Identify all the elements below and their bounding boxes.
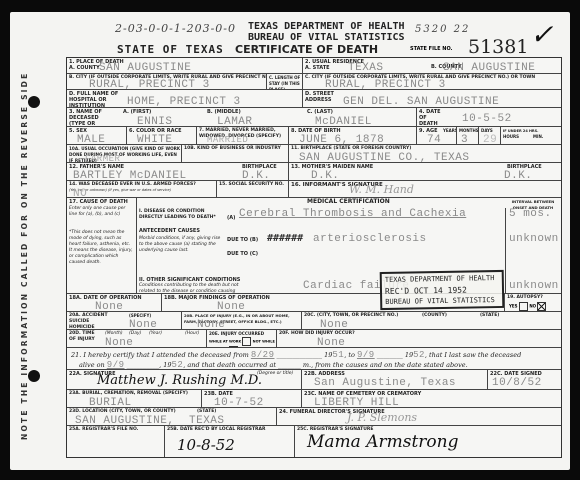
informant-signature-field: 16. INFORMANT'S SIGNATURE W. M. Hand [289,181,561,198]
burial-location-field: 23d. LOCATION (City, town, or county) (S… [67,408,277,426]
handwritten-file-code: 2-03-0-0-1-203-0-0 [115,22,236,35]
how-injury-occurred-field: 20f. HOW DID INJURY OCCUR? None [277,330,561,348]
registrar-file-number-field: 25a. REGISTRAR'S FILE NO. [67,426,165,457]
physician-certification-statement: 21. I hereby certify that I attended the… [67,348,561,370]
marital-status-field: 7. MARRIED, NEVER MARRIED, WIDOWED, DIVO… [197,127,289,145]
date-received-field: 25b. DATE REC'D BY LOCAL REGISTRAR 10-8-… [165,426,295,457]
cause-a: Cerebral Thrombosis and Cachexia [239,208,466,220]
mother-name-field: 13. MOTHER'S MAIDEN NAME D.K. BIRTHPLACE… [289,163,561,181]
punch-hole [28,96,40,108]
handwritten-annotation: 5320 22 [415,24,470,35]
autopsy-field: 19. AUTOPSY? YES NO [505,294,561,312]
county-field: 1. PLACE OF DEATH a. COUNTY SAN AUGUSTIN… [67,58,303,74]
cause-of-death-instructions: 17. CAUSE OF DEATH Enter only one cause … [67,198,137,294]
reverse-side-note: NOTE THE INFORMATION CALLED FOR ON THE R… [20,170,32,440]
under-24-hours-field: IF UNDER 24 HRS. Hours Min. [501,127,561,145]
accident-field: 20a. ACCIDENT SUICIDE HOMICIDE (Specify)… [67,312,182,330]
state-file-label: STATE FILE NO. [410,46,453,52]
birthplace-field: 11. BIRTHPLACE (State or foreign country… [289,145,561,163]
burial-date-field: 23b. DATE 10-7-52 [202,390,302,408]
business-field: 10b. KIND OF BUSINESS OR INDUSTRY [182,145,289,163]
residence-state-county-field: 2. USUAL RESIDENCE a. STATE TEXAS b. COU… [303,58,561,74]
date-signed-field: 22c. DATE SIGNED 10/8/52 [488,370,561,390]
certificate-form: 1. PLACE OF DEATH a. COUNTY SAN AUGUSTIN… [66,57,562,458]
father-name-field: 12. FATHER'S NAME BARTLEY McDANIEL BIRTH… [67,163,289,181]
date-of-birth-field: 8. DATE OF BIRTH JUNE 6, 1878 [289,127,417,145]
dept-line-1: TEXAS DEPARTMENT OF HEALTH [248,21,405,32]
received-stamp: TEXAS DEPARTMENT OF HEALTH REC'D OCT 14 … [380,270,505,310]
autopsy-no-checkbox[interactable] [537,302,546,311]
state-file-number: 51381 [468,36,528,58]
age-years-field: 9. AGE YEARS 74 [417,127,457,145]
occupation-field: 10a. USUAL OCCUPATION (Give kind of work… [67,145,182,163]
hospital-field: d. FULL NAME OF HOSPITAL OR INSTITUTION … [67,90,303,108]
deceased-name-field: 3. NAME OF DECEASED (Type or Print) a. (… [67,108,417,127]
registrar-signature-field: 25c. REGISTRAR'S SIGNATURE Mama Armstron… [295,426,561,457]
interval-b: unknown [509,233,559,245]
date-of-death-field: 4. DATE OF DEATH 10-5-52 [417,108,561,127]
city-field: b. CITY (If outside corporate limits, wr… [67,74,267,90]
interval-other-field: unknown [505,276,561,294]
burial-method-field: 23a. BURIAL, CREMATION, REMOVAL (Specify… [67,390,202,408]
medical-certification-section: MEDICAL CERTIFICATION INTERVAL BETWEEN O… [137,198,561,276]
age-months-field: MONTHS 3 [457,127,479,145]
residence-city-field: c. CITY (If outside corporate limits, wr… [303,74,561,90]
sex-field: 5. SEX MALE [67,127,127,145]
physician-address-field: 22b. ADDRESS San Augustine, Texas [302,370,488,390]
injury-city-field: 20c. (CITY, TOWN, OR PRECINCT NO.) (COUN… [302,312,561,330]
funeral-director-signature-field: 24. FUNERAL DIRECTOR'S SIGNATURE J. P. S… [277,408,561,426]
length-of-stay-field: c. LENGTH OF STAY (in this place) [267,74,303,90]
age-days-field: DAYS 29 [479,127,501,145]
injury-time-field: 20d. TIME OF INJURY (Month) (Day) (Year)… [67,330,207,348]
autopsy-yes-checkbox[interactable] [519,302,528,311]
social-security-field: 15. SOCIAL SECURITY NO. [217,181,289,198]
state-title: STATE OF TEXAS [117,43,224,56]
cause-b: arteriosclerosis [313,233,427,245]
dept-line-2: BUREAU OF VITAL STATISTICS [248,32,405,43]
checkmark-icon: ✓ [530,18,553,51]
operation-date-field: 18a. DATE OF OPERATION None [67,294,162,312]
physician-signature-field: 22a. SIGNATURE (Degree or title) Matthew… [67,370,302,390]
interval-a: 5 mos. [509,208,552,220]
certificate-title: CERTIFICATE OF DEATH [235,43,378,56]
armed-forces-field: 14. WAS DECEASED EVER IN U.S. ARMED FORC… [67,181,217,198]
race-field: 6. COLOR OR RACE WHITE [127,127,197,145]
struck-text: ###### [267,233,303,244]
injury-occurred-field: 20e. INJURY OCCURRED WHILE AT WORK NOT W… [207,330,277,348]
injury-place-field: 20b. PLACE OF INJURY (e.g., in or about … [182,312,302,330]
street-address-field: d. STREET ADDRESS GEN DEL. SAN AUGUSTINE [303,90,561,108]
while-at-work-checkbox[interactable] [242,337,251,346]
cemetery-field: 23c. NAME OF CEMETERY OR CREMATORY LIBER… [302,390,561,408]
